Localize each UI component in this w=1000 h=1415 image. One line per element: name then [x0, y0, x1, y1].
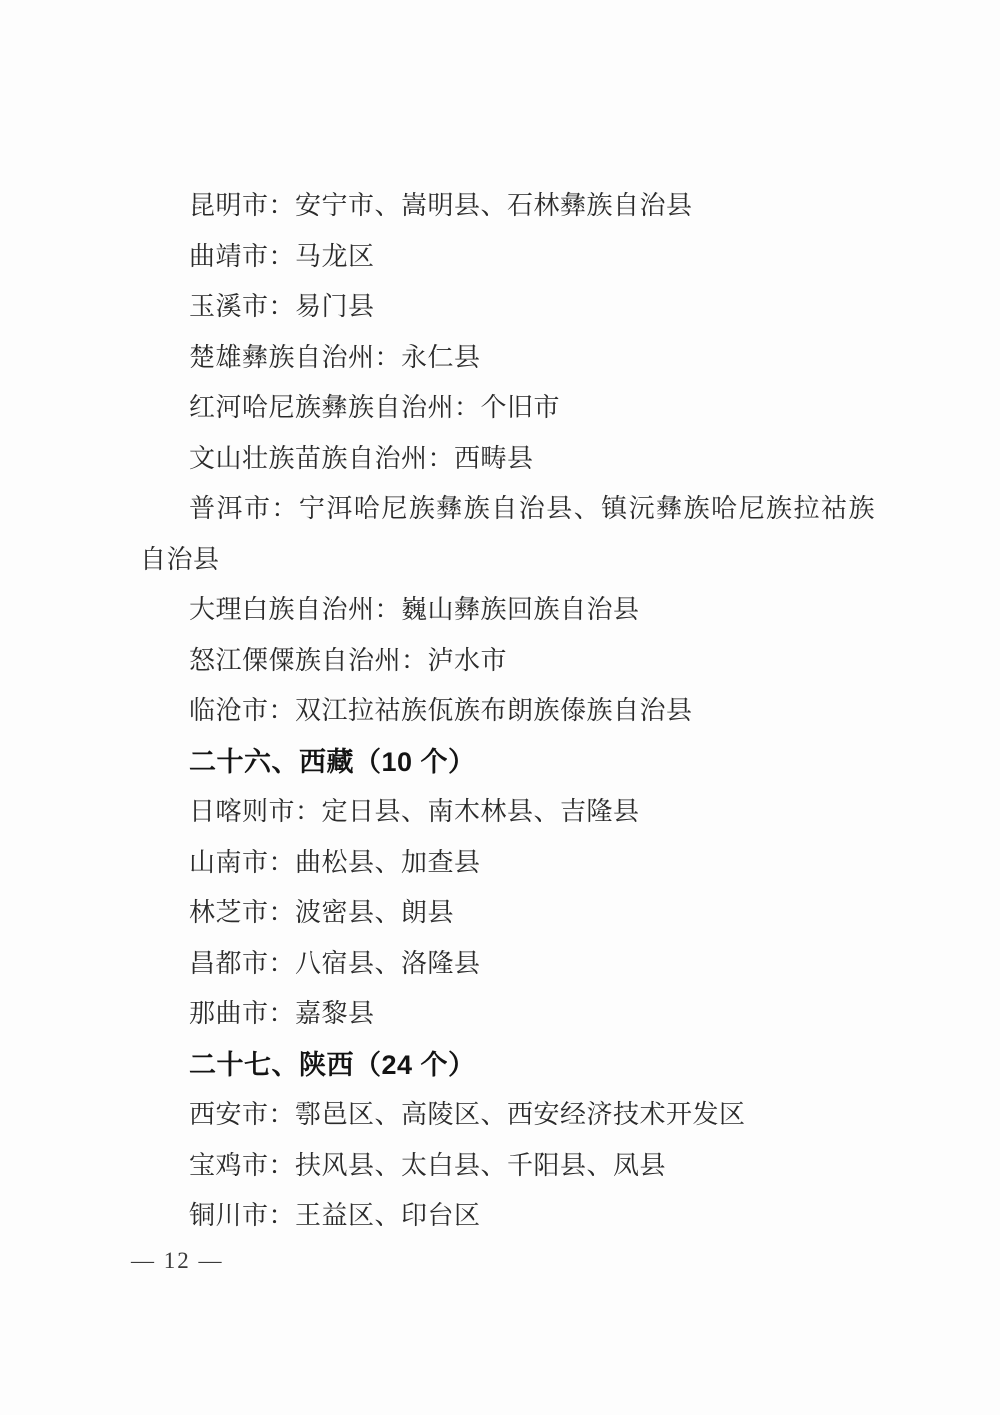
- paragraph-wenshan: 文山壮族苗族自治州：西畴县: [140, 434, 875, 485]
- paragraph-chuxiong: 楚雄彝族自治州：永仁县: [140, 333, 875, 384]
- paragraph-honghe: 红河哈尼族彝族自治州：个旧市: [140, 383, 875, 434]
- paragraph-qujing: 曲靖市：马龙区: [140, 232, 875, 283]
- section-heading-shaanxi: 二十七、陕西（24 个）: [140, 1040, 875, 1091]
- section-heading-xizang: 二十六、西藏（10 个）: [140, 737, 875, 788]
- paragraph-linzhi: 林芝市：波密县、朗县: [140, 888, 875, 939]
- paragraph-yuxi: 玉溪市：易门县: [140, 282, 875, 333]
- paragraph-puer: 普洱市：宁洱哈尼族彝族自治县、镇沅彝族哈尼族拉祜族自治县: [140, 484, 875, 585]
- document-body: 昆明市：安宁市、嵩明县、石林彝族自治县 曲靖市：马龙区 玉溪市：易门县 楚雄彝族…: [140, 181, 875, 1242]
- paragraph-dali: 大理白族自治州：巍山彝族回族自治县: [140, 585, 875, 636]
- document-page: 昆明市：安宁市、嵩明县、石林彝族自治县 曲靖市：马龙区 玉溪市：易门县 楚雄彝族…: [0, 0, 1000, 1415]
- paragraph-naqu: 那曲市：嘉黎县: [140, 989, 875, 1040]
- paragraph-baoji: 宝鸡市：扶风县、太白县、千阳县、凤县: [140, 1141, 875, 1192]
- paragraph-tongchuan: 铜川市：王益区、印台区: [140, 1191, 875, 1242]
- page-footer: — 12 —: [131, 1248, 224, 1274]
- paragraph-lincang: 临沧市：双江拉祜族佤族布朗族傣族自治县: [140, 686, 875, 737]
- paragraph-rikaze: 日喀则市：定日县、南木林县、吉隆县: [140, 787, 875, 838]
- paragraph-changdu: 昌都市：八宿县、洛隆县: [140, 939, 875, 990]
- paragraph-nujiang: 怒江傈僳族自治州：泸水市: [140, 636, 875, 687]
- paragraph-xian: 西安市：鄠邑区、高陵区、西安经济技术开发区: [140, 1090, 875, 1141]
- paragraph-kunming: 昆明市：安宁市、嵩明县、石林彝族自治县: [140, 181, 875, 232]
- paragraph-shannan: 山南市：曲松县、加查县: [140, 838, 875, 889]
- page-number: — 12 —: [131, 1248, 224, 1273]
